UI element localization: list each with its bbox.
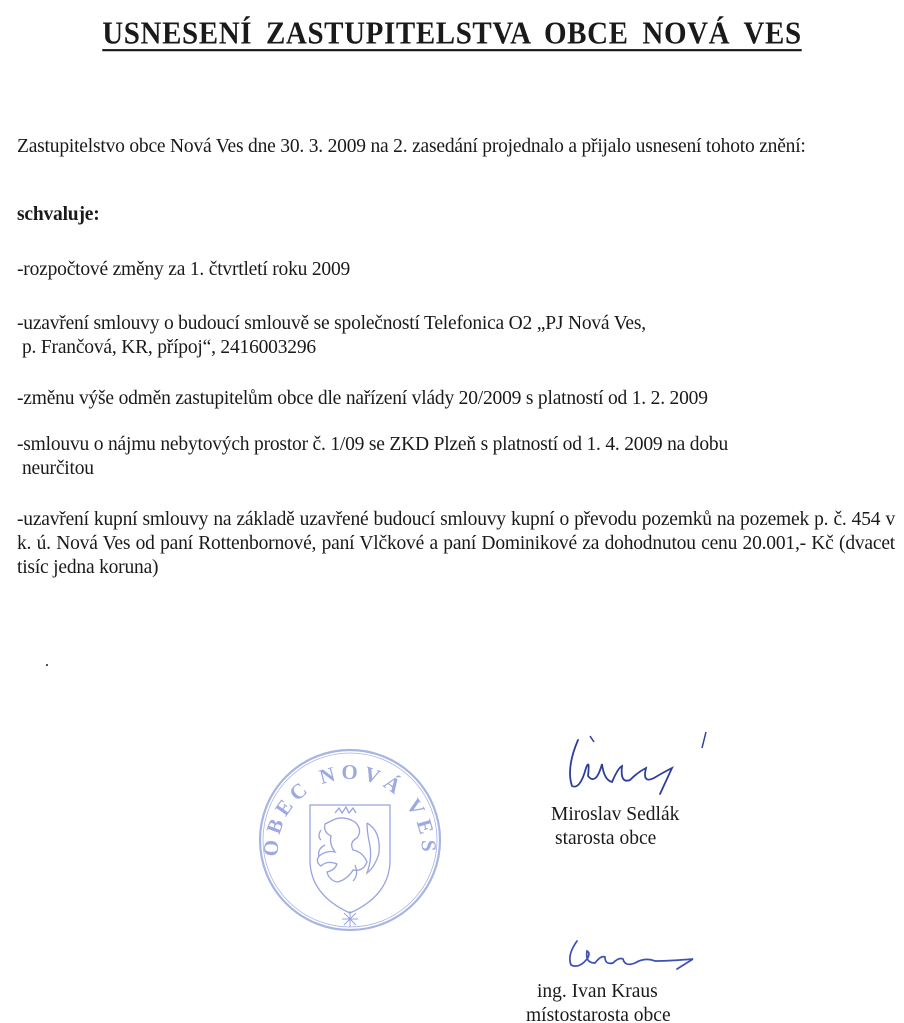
resolution-item-continuation: neurčitou	[17, 457, 94, 481]
signature-scribble	[565, 935, 705, 980]
resolution-item-line: -změnu výše odměn zastupitelům obce dle …	[17, 387, 897, 411]
resolution-item-line: -smlouvu o nájmu nebytových prostor č. 1…	[17, 433, 897, 457]
svg-text:OBEC NOVÁ VES: OBEC NOVÁ VES	[258, 760, 441, 857]
czech-lion-icon	[310, 805, 390, 913]
signature-block-mayor: Miroslav Sedlák starosta obce	[551, 803, 679, 851]
resolution-item-continuation: p. Frančová, KR, přípoj“, 2416003296	[17, 336, 316, 360]
approve-heading: schvaluje:	[17, 203, 897, 227]
resolution-item: -rozpočtové změny za 1. čtvrtletí roku 2…	[17, 258, 897, 282]
official-stamp: OBEC NOVÁ VES	[255, 745, 445, 935]
signatory-role: místostarosta obce	[526, 1004, 671, 1023]
intro-paragraph: Zastupitelstvo obce Nová Ves dne 30. 3. …	[17, 135, 897, 159]
signatory-name: Miroslav Sedlák	[551, 803, 679, 827]
document-title-container: USNESENÍ ZASTUPITELSTVA OBCE NOVÁ VES	[0, 18, 904, 51]
document-title: USNESENÍ ZASTUPITELSTVA OBCE NOVÁ VES	[102, 17, 801, 53]
signatory-name: ing. Ivan Kraus	[537, 980, 671, 1004]
signature-scribble	[560, 728, 710, 798]
resolution-item: -uzavření smlouvy o budoucí smlouvě se s…	[17, 312, 897, 360]
resolution-item-line: -rozpočtové změny za 1. čtvrtletí roku 2…	[17, 258, 897, 282]
signature-block-deputy: ing. Ivan Kraus místostarosta obce	[537, 980, 671, 1023]
signatory-role: starosta obce	[551, 827, 679, 851]
resolution-item-line: -uzavření smlouvy o budoucí smlouvě se s…	[17, 312, 897, 336]
resolution-item: -smlouvu o nájmu nebytových prostor č. 1…	[17, 433, 897, 481]
stamp-text: OBEC NOVÁ VES	[258, 760, 441, 857]
scan-speck	[46, 664, 48, 666]
resolution-item: -uzavření kupní smlouvy na základě uzavř…	[17, 508, 895, 580]
star-icon	[342, 911, 358, 927]
resolution-item: -změnu výše odměn zastupitelům obce dle …	[17, 387, 897, 411]
